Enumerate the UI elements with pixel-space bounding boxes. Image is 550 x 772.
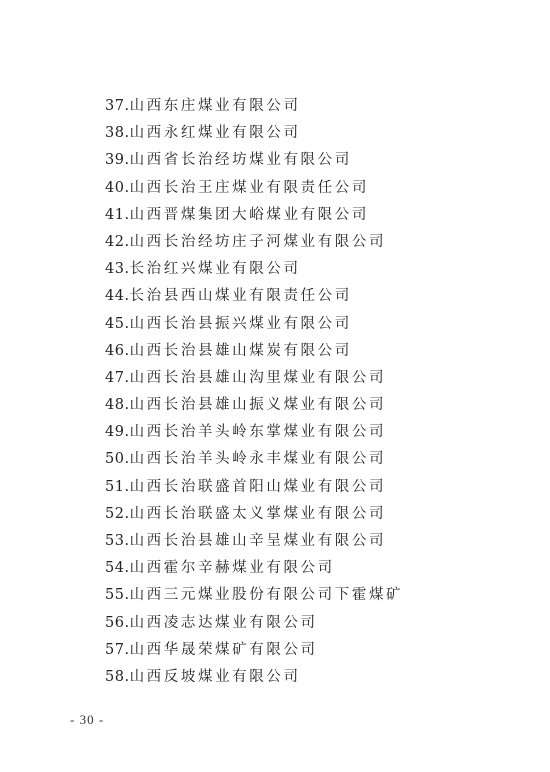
list-item: 53.山西长治县雄山辛呈煤业有限公司 [105, 528, 403, 555]
list-item: 50.山西长治羊头岭永丰煤业有限公司 [105, 446, 403, 473]
list-item: 40.山西长治王庄煤业有限责任公司 [105, 175, 403, 202]
list-item: 56.山西凌志达煤业有限公司 [105, 610, 403, 637]
list-item: 45.山西长治县振兴煤业有限公司 [105, 311, 403, 338]
list-item: 58.山西反坡煤业有限公司 [105, 664, 403, 691]
list-item: 41.山西晋煤集团大峪煤业有限公司 [105, 202, 403, 229]
list-item: 38.山西永红煤业有限公司 [105, 120, 403, 147]
list-item: 51.山西长治联盛首阳山煤业有限公司 [105, 474, 403, 501]
list-item: 43.长治红兴煤业有限公司 [105, 256, 403, 283]
list-item: 48.山西长治县雄山振义煤业有限公司 [105, 392, 403, 419]
list-item: 52.山西长治联盛太义掌煤业有限公司 [105, 501, 403, 528]
list-item: 46.山西长治县雄山煤炭有限公司 [105, 338, 403, 365]
list-item: 39.山西省长治经坊煤业有限公司 [105, 147, 403, 174]
company-list: 37.山西东庄煤业有限公司 38.山西永红煤业有限公司 39.山西省长治经坊煤业… [105, 93, 403, 691]
list-item: 37.山西东庄煤业有限公司 [105, 93, 403, 120]
list-item: 47.山西长治县雄山沟里煤业有限公司 [105, 365, 403, 392]
list-item: 54.山西霍尔辛赫煤业有限公司 [105, 555, 403, 582]
list-item: 42.山西长治经坊庄子河煤业有限公司 [105, 229, 403, 256]
list-item: 49.山西长治羊头岭东掌煤业有限公司 [105, 419, 403, 446]
list-item: 55.山西三元煤业股份有限公司下霍煤矿 [105, 582, 403, 609]
document-page: 37.山西东庄煤业有限公司 38.山西永红煤业有限公司 39.山西省长治经坊煤业… [0, 0, 550, 772]
page-number: - 30 - [70, 712, 104, 728]
list-item: 57.山西华晟荣煤矿有限公司 [105, 637, 403, 664]
list-item: 44.长治县西山煤业有限责任公司 [105, 283, 403, 310]
